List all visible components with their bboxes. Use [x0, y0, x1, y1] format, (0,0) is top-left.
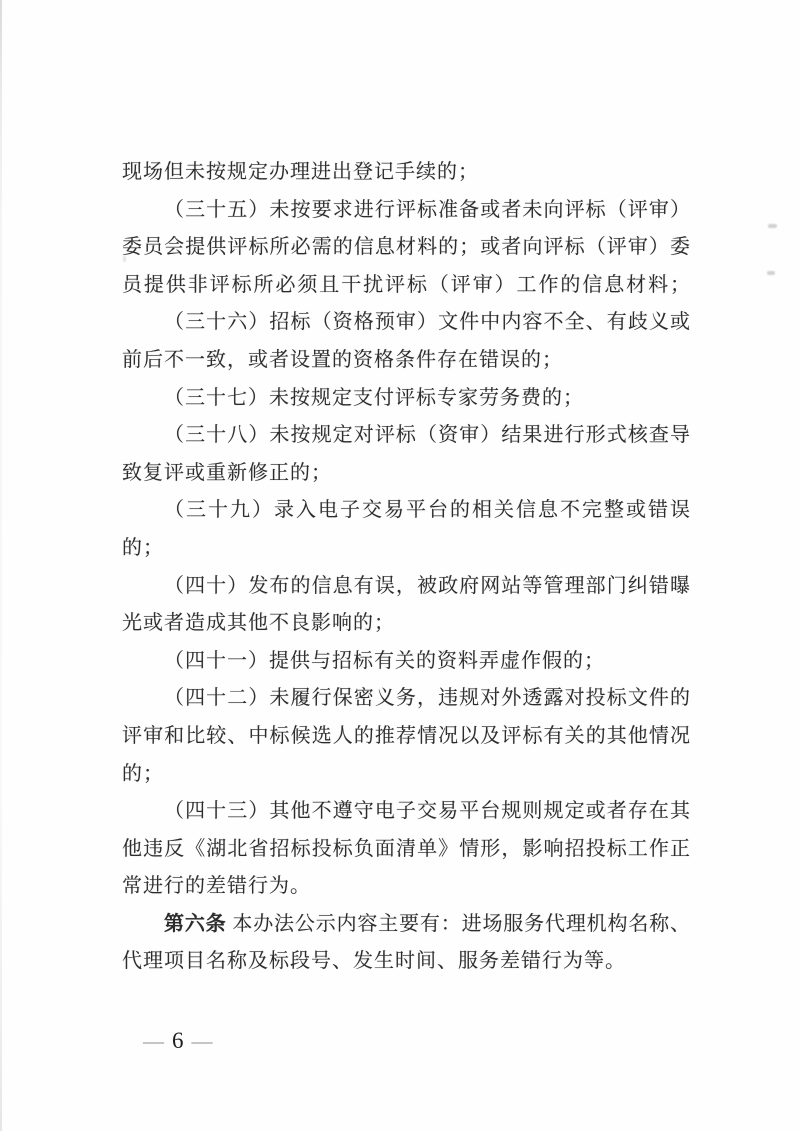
text-line: 光或者造成其他不良影响的；: [122, 605, 690, 643]
text-line: 评审和比较、中标候选人的推荐情况以及评标有关的其他情况: [122, 718, 690, 756]
text-line: 委员会提供评标所必需的信息材料的；或者向评标（评审）委: [122, 229, 690, 267]
text-line: 常进行的差错行为。: [122, 868, 690, 906]
text-line: 前后不一致，或者设置的资格条件存在错误的；: [122, 342, 690, 380]
scan-smudge: [768, 224, 777, 228]
page-footer: — 6 —: [143, 1026, 213, 1056]
text-line: 的；: [122, 530, 690, 568]
text-line: 现场但未按规定办理进出登记手续的；: [122, 154, 690, 192]
text-line: 第六条 本办法公示内容主要有：进场服务代理机构名称、: [122, 906, 690, 944]
text-line: （四十一）提供与招标有关的资料弄虚作假的；: [122, 643, 690, 681]
text-line: （四十）发布的信息有误，被政府网站等管理部门纠错曝: [122, 568, 690, 606]
footer-dash-right: —: [192, 1026, 213, 1056]
scan-smudge: [123, 256, 126, 262]
page-number: 6: [172, 1026, 184, 1056]
text-line: （三十七）未按规定支付评标专家劳务费的；: [122, 380, 690, 418]
text-line: 员提供非评标所必须且干扰评标（评审）工作的信息材料；: [122, 267, 690, 305]
text-line: 的；: [122, 756, 690, 794]
text-line: （四十三）其他不遵守电子交易平台规则规定或者存在其: [122, 793, 690, 831]
text-line: （三十九）录入电子交易平台的相关信息不完整或错误: [122, 492, 690, 530]
text-line: （四十二）未履行保密义务，违规对外透露对投标文件的: [122, 680, 690, 718]
text-line: （三十八）未按规定对评标（资审）结果进行形式核查导: [122, 417, 690, 455]
text-line: 致复评或重新修正的；: [122, 455, 690, 493]
footer-dash-left: —: [143, 1026, 164, 1056]
text-line: 代理项目名称及标段号、发生时间、服务差错行为等。: [122, 943, 690, 981]
scanned-document-page: 现场但未按规定办理进出登记手续的；（三十五）未按要求进行评标准备或者未向评标（评…: [0, 0, 800, 1131]
article-heading: 第六条: [164, 913, 227, 935]
text-line: （三十六）招标（资格预审）文件中内容不全、有歧义或: [122, 304, 690, 342]
scan-edge-artifact: [0, 0, 2, 1131]
document-body: 现场但未按规定办理进出登记手续的；（三十五）未按要求进行评标准备或者未向评标（评…: [122, 154, 690, 981]
text-line: （三十五）未按要求进行评标准备或者未向评标（评审）: [122, 192, 690, 230]
scan-smudge: [767, 271, 775, 275]
text-line: 他违反《湖北省招标投标负面清单》情形，影响招投标工作正: [122, 831, 690, 869]
